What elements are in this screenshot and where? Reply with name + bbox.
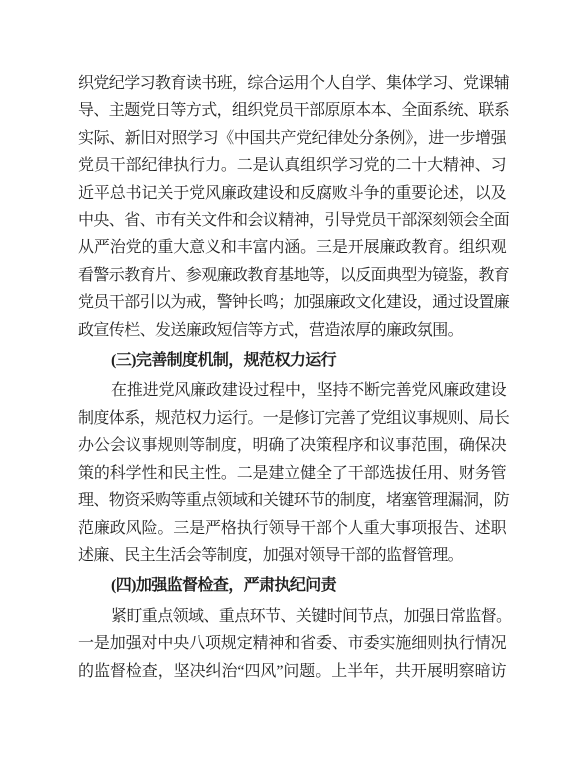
text-line: 的监督检查，坚决纠治“四风”问题。上半年，共开展明察暗访 bbox=[78, 658, 506, 685]
heading-text: (四)加强监督检查，严肃执纪问责 bbox=[78, 572, 506, 599]
text-line: 办公会议事规则等制度，明确了决策程序和议事范围，确保决 bbox=[78, 432, 506, 459]
section-heading-3: (三)完善制度机制，规范权力运行 bbox=[78, 347, 506, 374]
paragraph-supervision-inspection: 紧盯重点领域、重点环节、关键时间节点，加强日常监督。 一是加强对中央八项规定精神… bbox=[78, 603, 506, 685]
text-line: 从严治党的重大意义和丰富内涵。三是开展廉政教育。组织观 bbox=[78, 234, 506, 261]
text-line: 党员干部引以为戒，警钟长鸣；加强廉政文化建设，通过设置廉 bbox=[78, 289, 506, 316]
text-line: 策的科学性和民主性。二是建立健全了干部选拔任用、财务管 bbox=[78, 460, 506, 487]
section-heading-4: (四)加强监督检查，严肃执纪问责 bbox=[78, 572, 506, 599]
text-line: 近平总书记关于党风廉政建设和反腐败斗争的重要论述，以及 bbox=[78, 180, 506, 207]
text-line: 制度体系，规范权力运行。一是修订完善了党组议事规则、局长 bbox=[78, 405, 506, 432]
text-line: 实际、新旧对照学习《中国共产党纪律处分条例》，进一步增强 bbox=[78, 125, 506, 152]
text-line: 范廉政风险。三是严格执行领导干部个人重大事项报告、述职 bbox=[78, 515, 506, 542]
text-line: 理、物资采购等重点领域和关键环节的制度，堵塞管理漏洞，防 bbox=[78, 487, 506, 514]
document-page: 织党纪学习教育读书班，综合运用个人自学、集体学习、党课辅 导、主题党日等方式，组… bbox=[0, 0, 586, 759]
paragraph-learning-education: 织党纪学习教育读书班，综合运用个人自学、集体学习、党课辅 导、主题党日等方式，组… bbox=[78, 70, 506, 344]
text-line: 导、主题党日等方式，组织党员干部原原本本、全面系统、联系 bbox=[78, 97, 506, 124]
document-text-block: 织党纪学习教育读书班，综合运用个人自学、集体学习、党课辅 导、主题党日等方式，组… bbox=[78, 70, 506, 685]
text-line: 一是加强对中央八项规定精神和省委、市委实施细则执行情况 bbox=[78, 630, 506, 657]
text-line: 看警示教育片、参观廉政教育基地等，以反面典型为镜鉴，教育 bbox=[78, 262, 506, 289]
text-line: 中央、省、市有关文件和会议精神，引导党员干部深刻领会全面 bbox=[78, 207, 506, 234]
paragraph-system-mechanism: 在推进党风廉政建设过程中，坚持不断完善党风廉政建设 制度体系，规范权力运行。一是… bbox=[78, 377, 506, 569]
text-line: 述廉、民主生活会等制度，加强对领导干部的监督管理。 bbox=[78, 542, 506, 569]
text-line: 在推进党风廉政建设过程中，坚持不断完善党风廉政建设 bbox=[78, 377, 506, 404]
heading-text: (三)完善制度机制，规范权力运行 bbox=[78, 347, 506, 374]
text-line: 党员干部纪律执行力。二是认真组织学习党的二十大精神、习 bbox=[78, 152, 506, 179]
text-line: 织党纪学习教育读书班，综合运用个人自学、集体学习、党课辅 bbox=[78, 70, 506, 97]
text-line: 政宣传栏、发送廉政短信等方式，营造浓厚的廉政氛围。 bbox=[78, 317, 506, 344]
text-line: 紧盯重点领域、重点环节、关键时间节点，加强日常监督。 bbox=[78, 603, 506, 630]
